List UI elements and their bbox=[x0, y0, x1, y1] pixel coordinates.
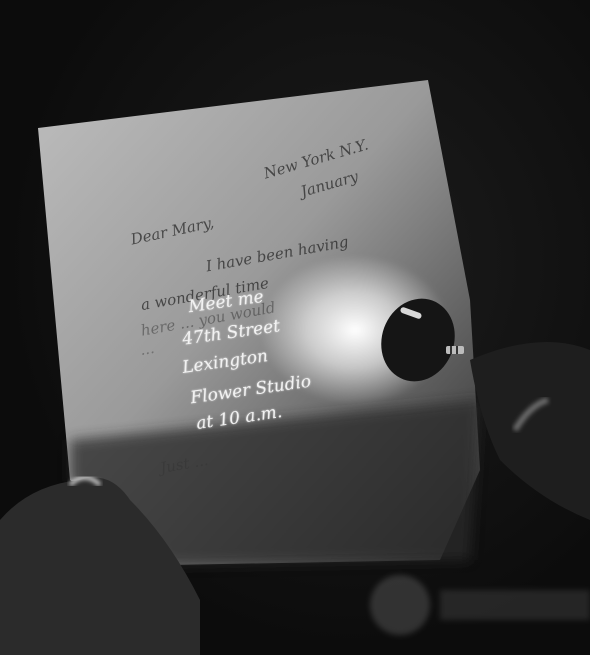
right-hand bbox=[470, 342, 590, 520]
photo-scene: New York N.Y. January Dear Mary, I have … bbox=[0, 0, 590, 655]
letter-photo bbox=[0, 0, 590, 655]
watermark-logo bbox=[370, 575, 590, 635]
letter-body-line: ... bbox=[139, 339, 156, 359]
